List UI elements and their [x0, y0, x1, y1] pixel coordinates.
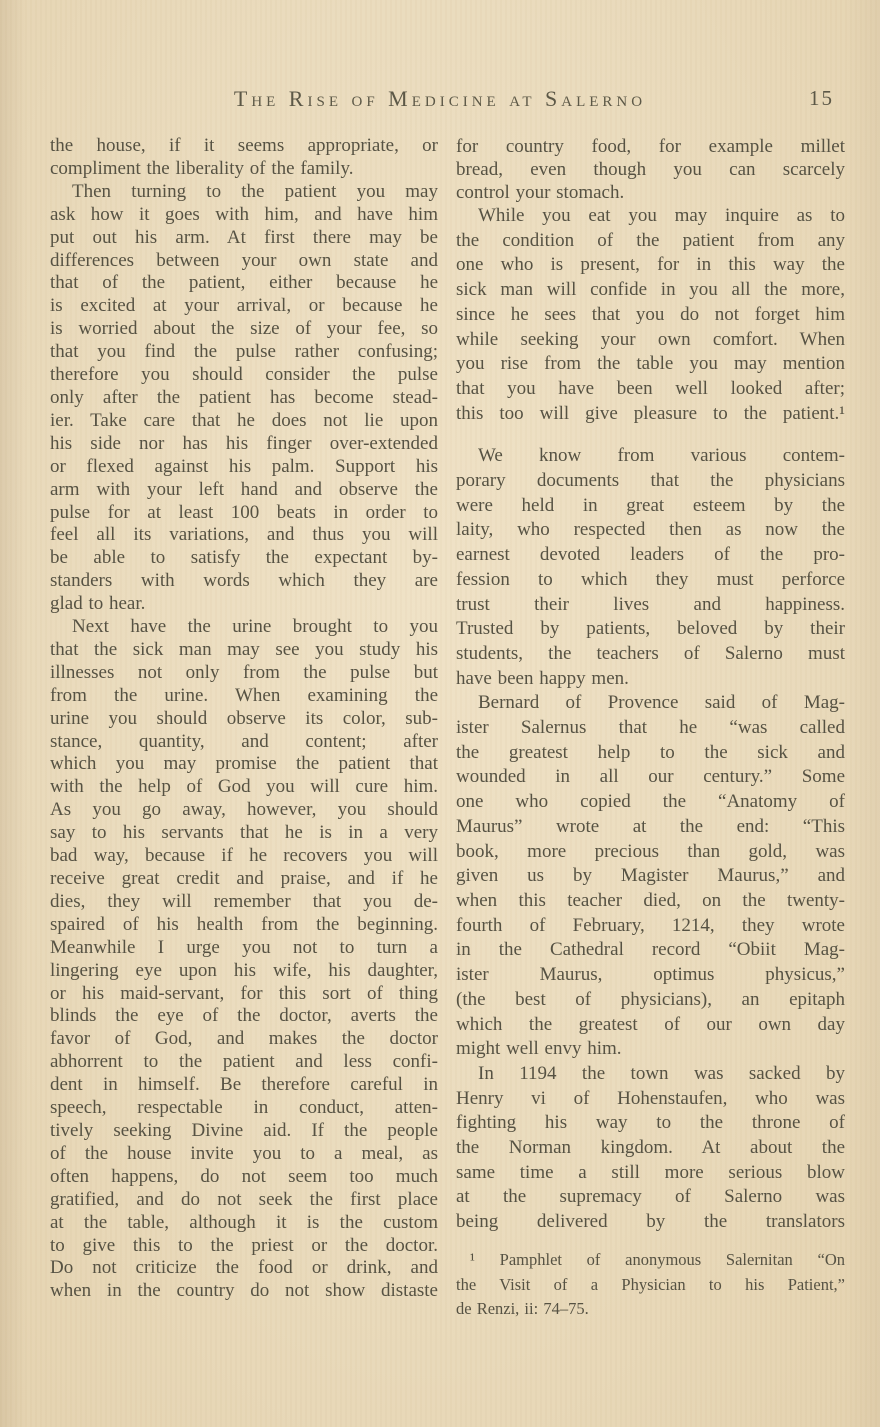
paragraph: for country food, for example milletbrea… — [456, 135, 845, 204]
text-line: you rise from the table you may mention — [456, 352, 845, 377]
text-line: We know from various contem- — [456, 444, 845, 469]
text-line: bread, even though you can scarcely — [456, 158, 845, 181]
text-line: dent in himself. Be therefore careful in — [50, 1074, 438, 1097]
text-line: ¹ Pamphlet of anonymous Salernitan “On — [456, 1248, 845, 1273]
text-line: which you may promise the patient that — [50, 753, 438, 776]
text-line: Maurus” wrote at the end: “This — [456, 815, 845, 840]
text-line: one who is present, for in this way the — [456, 253, 845, 278]
text-line: ister Salernus that he “was called — [456, 716, 845, 741]
text-line: speech, respectable in conduct, atten- — [50, 1097, 438, 1120]
text-line: compliment the liberality of the family. — [50, 158, 438, 181]
text-line: the house, if it seems appropriate, or — [50, 135, 438, 158]
text-line: that you have been well looked after; — [456, 377, 845, 402]
paragraph: We know from various contem-porary docum… — [456, 444, 845, 691]
text-line: abhorrent to the patient and less confi- — [50, 1051, 438, 1074]
text-line: Trusted by patients, beloved by their — [456, 617, 845, 642]
text-line: fourth of February, 1214, they wrote — [456, 914, 845, 939]
paragraph: the house, if it seems appropriate, orco… — [50, 135, 438, 181]
text-line: given us by Magister Maurus,” and — [456, 864, 845, 889]
text-line: at the table, although it is the custom — [50, 1212, 438, 1235]
text-line: ister Maurus, optimus physicus,” — [456, 963, 845, 988]
text-line: that you find the pulse rather confusing… — [50, 341, 438, 364]
text-line: were held in great esteem by the — [456, 494, 845, 519]
paragraph: Bernard of Provence said of Mag-ister Sa… — [456, 691, 845, 1062]
text-line: for country food, for example millet — [456, 135, 845, 158]
text-line: that the sick man may see you study his — [50, 639, 438, 662]
text-line: earnest devoted leaders of the pro- — [456, 543, 845, 568]
paragraph: While you eat you may inquire as tothe c… — [456, 204, 845, 426]
left-text-column: the house, if it seems appropriate, orco… — [50, 135, 438, 1303]
text-line: at the supremacy of Salerno was — [456, 1185, 845, 1210]
text-line: put out his arm. At first there may be — [50, 227, 438, 250]
text-line: be able to satisfy the expectant by- — [50, 547, 438, 570]
text-line: (the best of physicians), an epitaph — [456, 988, 845, 1013]
text-line: stance, quantity, and content; after — [50, 731, 438, 754]
text-line: which the greatest of our own day — [456, 1013, 845, 1038]
page-number: 15 — [809, 86, 834, 111]
text-line: bad way, because if he recovers you will — [50, 845, 438, 868]
text-line: one who copied the “Anatomy of — [456, 790, 845, 815]
text-line: from the urine. When examining the — [50, 685, 438, 708]
text-line: fession to which they must perforce — [456, 568, 845, 593]
book-page: The Rise of Medicine at Salerno 15 the h… — [0, 0, 880, 1427]
text-line: of the house invite you to a meal, as — [50, 1143, 438, 1166]
text-line: often happens, do not seem too much — [50, 1166, 438, 1189]
text-line: Do not criticize the food or drink, and — [50, 1257, 438, 1280]
text-line: Bernard of Provence said of Mag- — [456, 691, 845, 716]
text-line: therefore you should consider the pulse — [50, 364, 438, 387]
text-line: ask how it goes with him, and have him — [50, 204, 438, 227]
text-line: lingering eye upon his wife, his daughte… — [50, 960, 438, 983]
text-line: dies, they will remember that you de- — [50, 891, 438, 914]
text-line: tively seeking Divine aid. If the people — [50, 1120, 438, 1143]
text-line: his side nor has his finger over-extende… — [50, 433, 438, 456]
text-line: In 1194 the town was sacked by — [456, 1062, 845, 1087]
text-line: de Renzi, ii: 74–75. — [456, 1297, 845, 1322]
text-line: to give this to the priest or the doctor… — [50, 1235, 438, 1258]
paragraph: Then turning to the patient you mayask h… — [50, 181, 438, 616]
text-line: while seeking your own comfort. When — [456, 328, 845, 353]
text-line: blinds the eye of the doctor, averts the — [50, 1005, 438, 1028]
text-line: the Norman kingdom. At about the — [456, 1136, 845, 1161]
text-line: same time a still more serious blow — [456, 1161, 845, 1186]
text-line: being delivered by the translators — [456, 1210, 845, 1235]
text-line: this too will give pleasure to the patie… — [456, 402, 845, 427]
text-line: that of the patient, either because he — [50, 272, 438, 295]
footnote: ¹ Pamphlet of anonymous Salernitan “Onth… — [456, 1248, 845, 1322]
text-line: favor of God, and makes the doctor — [50, 1028, 438, 1051]
text-line: trust their lives and happiness. — [456, 593, 845, 618]
text-line: since he sees that you do not forget him — [456, 303, 845, 328]
running-title: The Rise of Medicine at Salerno — [0, 86, 880, 112]
text-line: porary documents that the physicians — [456, 469, 845, 494]
text-line: in the Cathedral record “Obiit Mag- — [456, 938, 845, 963]
paragraph: In 1194 the town was sacked byHenry vi o… — [456, 1062, 845, 1235]
text-line: only after the patient has become stead- — [50, 387, 438, 410]
text-line: standers with words which they are — [50, 570, 438, 593]
text-line: illnesses not only from the pulse but — [50, 662, 438, 685]
text-line: glad to hear. — [50, 593, 438, 616]
text-line: sick man will confide in you all the mor… — [456, 278, 845, 303]
text-line: the condition of the patient from any — [456, 229, 845, 254]
text-line: when in the country do not show distaste — [50, 1280, 438, 1303]
text-line: or his maid-servant, for this sort of th… — [50, 983, 438, 1006]
text-line: ier. Take care that he does not lie upon — [50, 410, 438, 433]
text-line: when this teacher died, on the twenty- — [456, 889, 845, 914]
text-line: urine you should observe its color, sub- — [50, 708, 438, 731]
text-line: pulse for at least 100 beats in order to — [50, 502, 438, 525]
text-line: fighting his way to the throne of — [456, 1111, 845, 1136]
text-line: differences between your own state and — [50, 250, 438, 273]
text-line: receive great credit and praise, and if … — [50, 868, 438, 891]
text-line: Then turning to the patient you may — [50, 181, 438, 204]
right-text-column: for country food, for example milletbrea… — [456, 135, 845, 1322]
text-line: book, more precious than gold, was — [456, 840, 845, 865]
text-line: gratified, and do not seek the first pla… — [50, 1189, 438, 1212]
text-line: arm with your left hand and observe the — [50, 479, 438, 502]
text-line: control your stomach. — [456, 181, 845, 204]
text-line: the greatest help to the sick and — [456, 741, 845, 766]
text-line: laity, who respected then as now the — [456, 518, 845, 543]
text-line: While you eat you may inquire as to — [456, 204, 845, 229]
text-line: might well envy him. — [456, 1037, 845, 1062]
text-line: is excited at your arrival, or because h… — [50, 295, 438, 318]
text-line: with the help of God you will cure him. — [50, 776, 438, 799]
text-line: spaired of his health from the beginning… — [50, 914, 438, 937]
text-line: feel all its variations, and thus you wi… — [50, 524, 438, 547]
text-line: students, the teachers of Salerno must — [456, 642, 845, 667]
paragraph: Next have the urine brought to youthat t… — [50, 616, 438, 1303]
text-line: the Visit of a Physician to his Patient,… — [456, 1273, 845, 1298]
text-line: is worried about the size of your fee, s… — [50, 318, 438, 341]
text-line: As you go away, however, you should — [50, 799, 438, 822]
text-line: say to his servants that he is in a very — [50, 822, 438, 845]
text-line: Next have the urine brought to you — [50, 616, 438, 639]
text-line: wounded in all our century.” Some — [456, 765, 845, 790]
text-line: Meanwhile I urge you not to turn a — [50, 937, 438, 960]
text-line: Henry vi of Hohenstaufen, who was — [456, 1087, 845, 1112]
text-line: or flexed against his palm. Support his — [50, 456, 438, 479]
text-line: have been happy men. — [456, 667, 845, 692]
